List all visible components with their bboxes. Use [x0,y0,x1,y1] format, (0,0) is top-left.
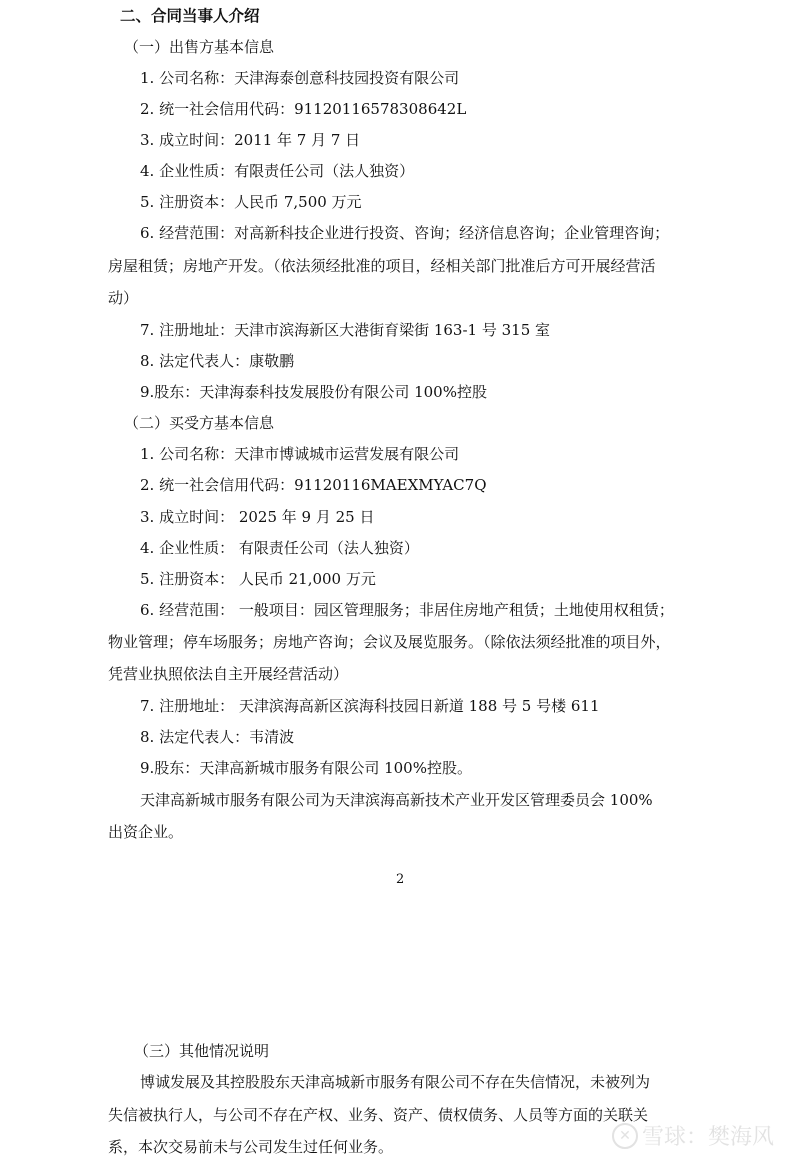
watermark-text: 雪球：樊海风 [642,1120,774,1151]
seller-item: 7. 注册地址：天津市滨海新区大港街育梁街 163-1 号 315 室 [140,320,550,340]
seller-item: 3. 成立时间：2011 年 7 月 7 日 [140,130,360,150]
buyer-item-cont: 物业管理；停车场服务；房地产咨询；会议及展览服务。（除依法须经批准的项目外， [108,632,671,652]
other-line: 博诚发展及其控股股东天津高城新市服务有限公司不存在失信情况，未被列为 [140,1072,650,1092]
buyer-item: 9.股东：天津高新城市服务有限公司 100%控股。 [140,758,472,778]
seller-item: 2. 统一社会信用代码：91120116578308642L [140,99,466,119]
seller-item: 4. 企业性质：有限责任公司（法人独资） [140,161,414,181]
buyer-item: 5. 注册资本： 人民币 21,000 万元 [140,569,376,589]
section-title: 二、合同当事人介绍 [120,6,260,26]
seller-item-cont: 动） [108,288,138,308]
buyer-item: 3. 成立时间： 2025 年 9 月 25 日 [140,507,375,527]
buyer-note-cont: 出资企业。 [108,822,183,842]
buyer-item-cont: 凭营业执照依法自主开展经营活动） [108,664,348,684]
other-heading: （三）其他情况说明 [134,1041,269,1061]
buyer-item: 6. 经营范围： 一般项目：园区管理服务；非居住房地产租赁；土地使用权租赁； [140,600,674,620]
buyer-item: 4. 企业性质： 有限责任公司（法人独资） [140,538,419,558]
buyer-heading: （二）买受方基本信息 [124,413,274,433]
watermark: ✕ 雪球：樊海风 [612,1120,774,1151]
buyer-item: 8. 法定代表人：韦清波 [140,727,294,747]
seller-item: 6. 经营范围：对高新科技企业进行投资、咨询；经济信息咨询；企业管理咨询； [140,223,669,243]
buyer-item: 7. 注册地址： 天津滨海高新区滨海科技园日新道 188 号 5 号楼 611 [140,696,600,716]
seller-item-cont: 房屋租赁；房地产开发。（依法须经批准的项目，经相关部门批准后方可开展经营活 [108,256,656,276]
page-number: 2 [396,872,404,887]
seller-heading: （一）出售方基本信息 [124,37,274,57]
other-line: 失信被执行人，与公司不存在产权、业务、资产、债权债务、人员等方面的关联关 [108,1105,648,1125]
xueqiu-logo-icon: ✕ [612,1123,638,1149]
seller-item: 5. 注册资本：人民币 7,500 万元 [140,192,362,212]
seller-item: 1. 公司名称：天津海泰创意科技园投资有限公司 [140,68,459,88]
seller-item: 9.股东：天津海泰科技发展股份有限公司 100%控股 [140,382,487,402]
buyer-item: 2. 统一社会信用代码：91120116MAEXMYAC7Q [140,475,487,495]
other-line: 系，本次交易前未与公司发生过任何业务。 [108,1137,393,1157]
buyer-note: 天津高新城市服务有限公司为天津滨海高新技术产业开发区管理委员会 100% [140,790,653,810]
seller-item: 8. 法定代表人：康敬鹏 [140,351,294,371]
buyer-item: 1. 公司名称：天津市博诚城市运营发展有限公司 [140,444,459,464]
